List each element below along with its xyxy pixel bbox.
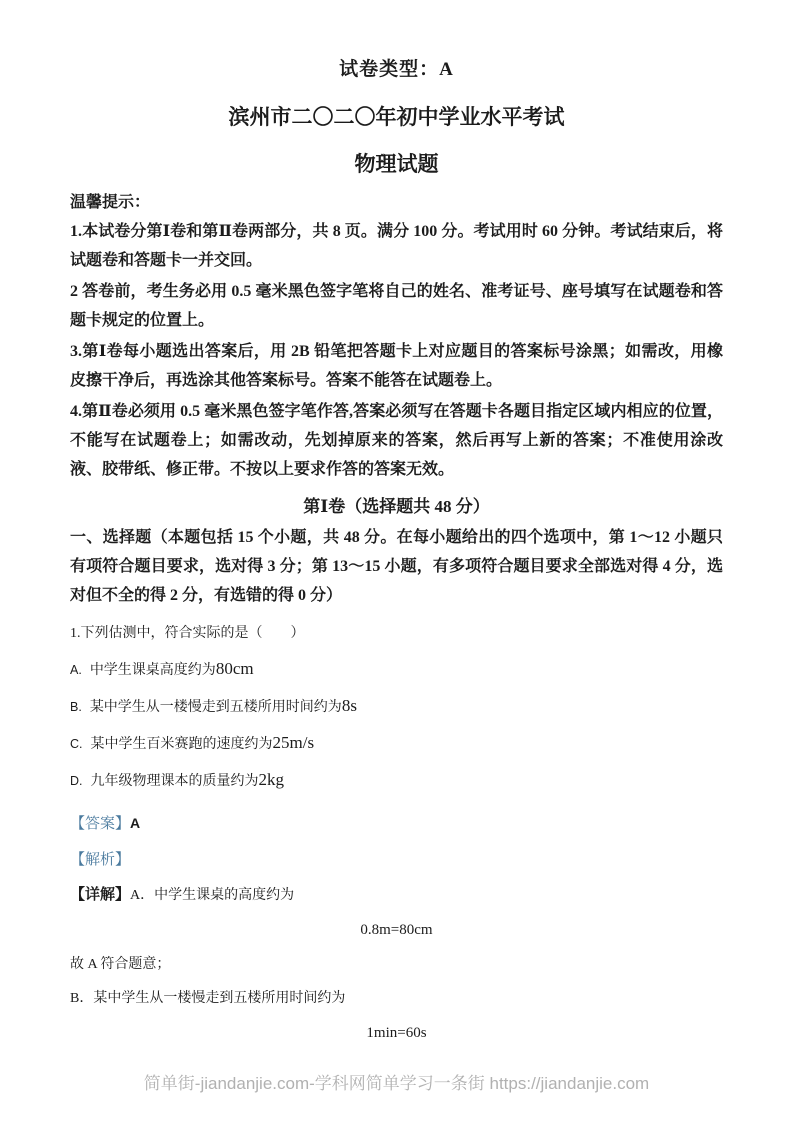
notice-item-4: 4.第Ⅱ卷必须用 0.5 毫米黑色签字笔作答,答案必须写在答题卡各题目指定区域内…: [70, 397, 723, 484]
footer-watermark-text: 简单街-jiandanjie.com-学科网简单学习一条街 https://ji…: [0, 1069, 793, 1094]
formula-b: 1min=60s: [70, 1024, 723, 1043]
option-text: 中学生课桌高度约为: [90, 663, 216, 678]
exam-paper-page: 试卷类型：A 滨州市二〇二〇年初中学业水平考试 物理试题 温馨提示： 1.本试卷…: [0, 0, 793, 1122]
option-text: 某中学生百米赛跑的速度约为: [91, 737, 273, 752]
option-value: 8s: [342, 696, 357, 715]
exam-subtitle: 物理试题: [70, 148, 723, 178]
section-1-heading: 第Ⅰ卷（选择题共 48 分）: [70, 492, 723, 517]
question-1-option-c: C.某中学生百米赛跑的速度约为25m/s: [70, 734, 723, 754]
option-text: 九年级物理课本的质量约为: [91, 774, 259, 789]
detail-text-a: A．中学生课桌的高度约为: [130, 888, 294, 903]
detail-text-b: B．某中学生从一楼慢走到五楼所用时间约为: [70, 989, 723, 1008]
question-1-option-a: A.中学生课桌高度约为80cm: [70, 660, 723, 680]
analysis-tag: 【解析】: [70, 852, 130, 868]
notice-item-3: 3.第Ⅰ卷每小题选出答案后，用 2B 铅笔把答题卡上对应题目的答案标号涂黑；如需…: [70, 337, 723, 395]
option-label: A.: [70, 663, 82, 677]
detail-tag: 【详解】: [70, 887, 130, 903]
question-1: 1.下列估测中，符合实际的是（ ） A.中学生课桌高度约为80cm B.某中学生…: [70, 625, 723, 1043]
exam-type-label: 试卷类型：A: [70, 54, 723, 81]
page-content: 试卷类型：A 滨州市二〇二〇年初中学业水平考试 物理试题 温馨提示： 1.本试卷…: [0, 0, 793, 1043]
option-value: 80cm: [216, 659, 254, 678]
exam-title: 滨州市二〇二〇年初中学业水平考试: [70, 101, 723, 131]
option-label: B.: [70, 700, 82, 714]
answer-value: A: [130, 815, 140, 831]
detail-line-a: 【详解】A．中学生课桌的高度约为: [70, 886, 723, 905]
option-text: 某中学生从一楼慢走到五楼所用时间约为: [90, 700, 342, 715]
option-value: 25m/s: [273, 733, 315, 752]
notice-block: 温馨提示： 1.本试卷分第Ⅰ卷和第Ⅱ卷两部分，共 8 页。满分 100 分。考试…: [70, 191, 723, 484]
notice-item-2: 2 答卷前，考生务必用 0.5 毫米黑色签字笔将自己的姓名、准考证号、座号填写在…: [70, 277, 723, 335]
question-1-stem: 1.下列估测中，符合实际的是（ ）: [70, 625, 723, 643]
section-1-intro: 一、选择题（本题包括 15 个小题，共 48 分。在每小题给出的四个选项中，第 …: [70, 523, 723, 610]
analysis-line: 【解析】: [70, 851, 723, 870]
option-value: 2kg: [259, 770, 285, 789]
question-1-option-b: B.某中学生从一楼慢走到五楼所用时间约为8s: [70, 697, 723, 717]
option-label: C.: [70, 737, 83, 751]
question-1-option-d: D.九年级物理课本的质量约为2kg: [70, 771, 723, 791]
conclusion-a: 故 A 符合题意；: [70, 955, 723, 974]
notice-heading: 温馨提示：: [70, 191, 723, 215]
notice-item-1: 1.本试卷分第Ⅰ卷和第Ⅱ卷两部分，共 8 页。满分 100 分。考试用时 60 …: [70, 217, 723, 275]
answer-line: 【答案】A: [70, 814, 723, 834]
formula-a: 0.8m=80cm: [70, 921, 723, 940]
option-label: D.: [70, 774, 83, 788]
answer-tag: 【答案】: [70, 816, 130, 832]
